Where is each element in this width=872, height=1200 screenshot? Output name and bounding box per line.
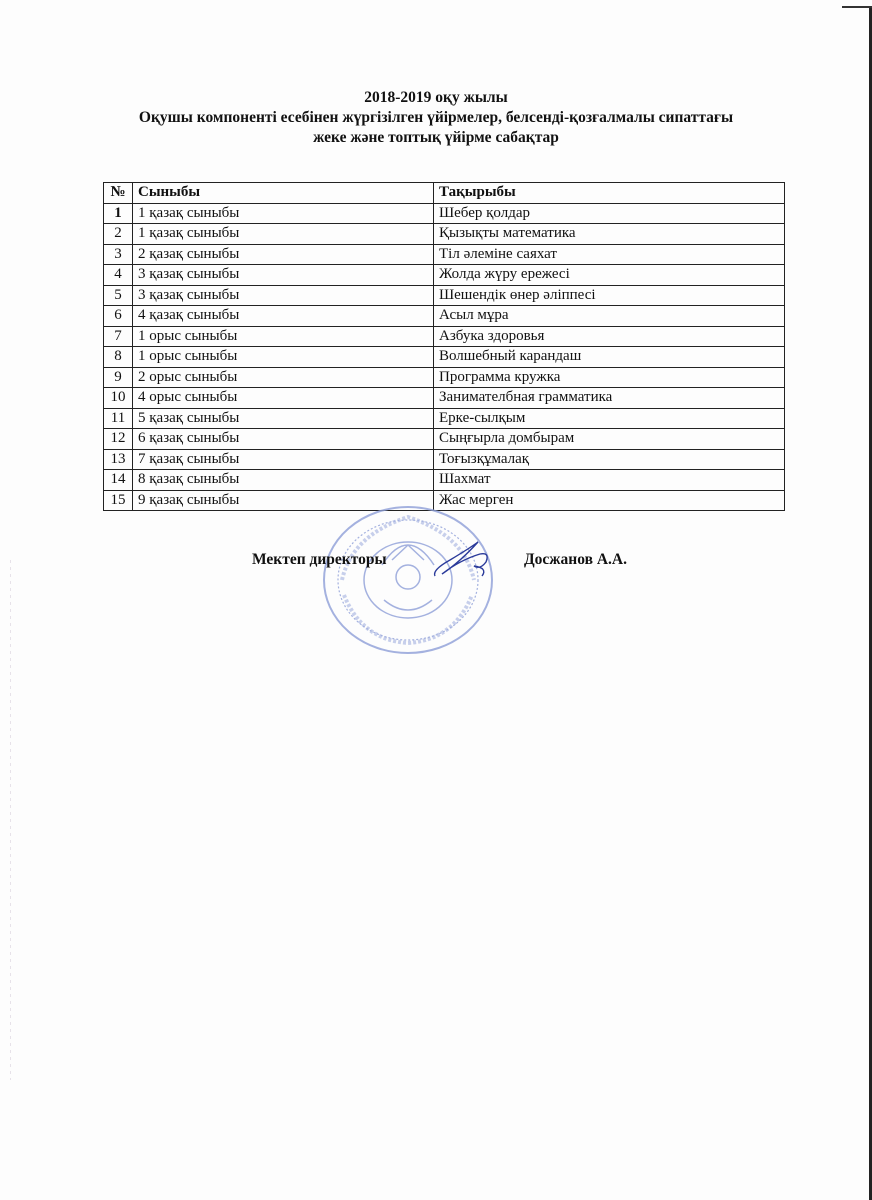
row-number: 4: [104, 265, 133, 286]
row-class: 2 орыс сыныбы: [133, 367, 434, 388]
header-topic: Тақырыбы: [434, 183, 785, 204]
row-class: 3 қазақ сыныбы: [133, 285, 434, 306]
row-topic: Шебер қолдар: [434, 203, 785, 224]
header-class: Сыныбы: [133, 183, 434, 204]
heading-line-2: Оқушы компоненті есебінен жүргізілген үй…: [0, 108, 872, 128]
table-row: 53 қазақ сыныбыШешендік өнер әліппесі: [104, 285, 785, 306]
scan-artifact: [10, 560, 11, 1080]
heading-line-3: жеке және топтық үйірме сабақтар: [0, 128, 872, 148]
row-number: 7: [104, 326, 133, 347]
row-topic: Қызықты математика: [434, 224, 785, 245]
row-topic: Занимателбная грамматика: [434, 388, 785, 409]
table-row: 43 қазақ сыныбыЖолда жүру ережесі: [104, 265, 785, 286]
row-class: 1 қазақ сыныбы: [133, 203, 434, 224]
table-row: 21 қазақ сыныбыҚызықты математика: [104, 224, 785, 245]
row-number: 3: [104, 244, 133, 265]
row-class: 5 қазақ сыныбы: [133, 408, 434, 429]
row-class: 3 қазақ сыныбы: [133, 265, 434, 286]
row-number: 6: [104, 306, 133, 327]
row-number: 8: [104, 347, 133, 368]
row-class: 1 орыс сыныбы: [133, 326, 434, 347]
table-row: 11 қазақ сыныбыШебер қолдар: [104, 203, 785, 224]
row-number: 12: [104, 429, 133, 450]
scan-edge-top: [842, 6, 872, 8]
row-topic: Тіл әлеміне саяхат: [434, 244, 785, 265]
row-class: 6 қазақ сыныбы: [133, 429, 434, 450]
row-topic: Сыңғырла домбырам: [434, 429, 785, 450]
row-number: 14: [104, 470, 133, 491]
table-row: 104 орыс сыныбыЗанимателбная грамматика: [104, 388, 785, 409]
row-topic: Жолда жүру ережесі: [434, 265, 785, 286]
row-class: 4 орыс сыныбы: [133, 388, 434, 409]
table-row: 148 қазақ сыныбыШахмат: [104, 470, 785, 491]
academic-year: 2018-2019 оқу жылы: [0, 88, 872, 108]
table-header-row: № Сыныбы Тақырыбы: [104, 183, 785, 204]
row-topic: Ерке-сылқым: [434, 408, 785, 429]
table-body: 11 қазақ сыныбыШебер қолдар21 қазақ сыны…: [104, 203, 785, 511]
row-number: 13: [104, 449, 133, 470]
table-row: 115 қазақ сыныбыЕрке-сылқым: [104, 408, 785, 429]
table-row: 126 қазақ сыныбыСыңғырла домбырам: [104, 429, 785, 450]
row-number: 5: [104, 285, 133, 306]
row-topic: Шахмат: [434, 470, 785, 491]
director-name: Досжанов А.А.: [524, 551, 627, 569]
row-topic: Асыл мұра: [434, 306, 785, 327]
row-topic: Волшебный карандаш: [434, 347, 785, 368]
table-row: 71 орыс сыныбыАзбука здоровья: [104, 326, 785, 347]
table-row: 32 қазақ сыныбыТіл әлеміне саяхат: [104, 244, 785, 265]
row-class: 1 қазақ сыныбы: [133, 224, 434, 245]
row-number: 1: [104, 203, 133, 224]
row-class: 4 қазақ сыныбы: [133, 306, 434, 327]
table-row: 81 орыс сыныбыВолшебный карандаш: [104, 347, 785, 368]
row-class: 1 орыс сыныбы: [133, 347, 434, 368]
row-number: 2: [104, 224, 133, 245]
table-row: 64 қазақ сыныбыАсыл мұра: [104, 306, 785, 327]
row-topic: Тоғызқұмалақ: [434, 449, 785, 470]
row-number: 15: [104, 490, 133, 511]
row-topic: Азбука здоровья: [434, 326, 785, 347]
row-number: 9: [104, 367, 133, 388]
row-topic: Шешендік өнер әліппесі: [434, 285, 785, 306]
header-number: №: [104, 183, 133, 204]
handwritten-signature-icon: [430, 540, 495, 580]
clubs-table: № Сыныбы Тақырыбы 11 қазақ сыныбыШебер қ…: [103, 182, 785, 511]
row-number: 11: [104, 408, 133, 429]
row-topic: Программа кружка: [434, 367, 785, 388]
row-class: 8 қазақ сыныбы: [133, 470, 434, 491]
table-row: 137 қазақ сыныбыТоғызқұмалақ: [104, 449, 785, 470]
document-heading: 2018-2019 оқу жылы Оқушы компоненті есеб…: [0, 88, 872, 148]
director-title: Мектеп директоры: [252, 551, 387, 569]
row-class: 7 қазақ сыныбы: [133, 449, 434, 470]
official-seal-icon: [322, 505, 494, 655]
table-row: 92 орыс сыныбыПрограмма кружка: [104, 367, 785, 388]
row-number: 10: [104, 388, 133, 409]
row-class: 2 қазақ сыныбы: [133, 244, 434, 265]
